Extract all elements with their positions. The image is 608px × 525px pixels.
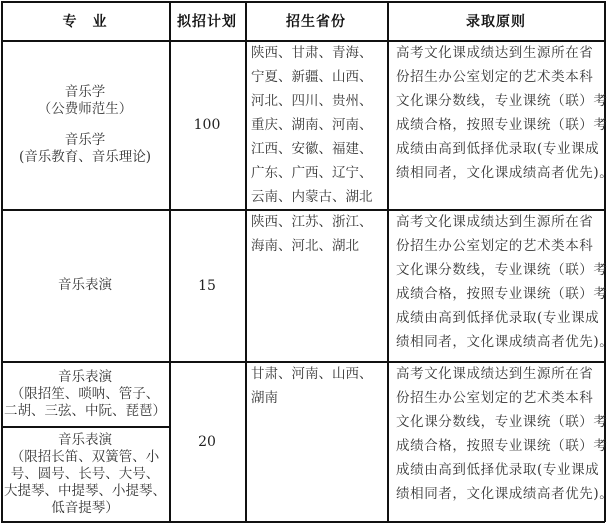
rule-line: 文化课分数线，专业课统（联）考 <box>396 258 608 282</box>
province-line: 海南、河北、湖北 <box>251 234 359 258</box>
table-row-1-major: 音乐学 （公费师范生） 音乐学 (音乐教育、音乐理论) <box>1 41 169 209</box>
major-note: (音乐教育、音乐理论) <box>19 149 151 166</box>
rule-line: 成绩合格，按照专业课统（联）考 <box>396 282 608 306</box>
major-name: 音乐学 <box>65 84 106 101</box>
rule-line: 文化课分数线，专业课统（联）考 <box>396 410 608 434</box>
major-note: 低音提琴） <box>51 500 119 517</box>
major-name: 音乐学 <box>65 132 106 149</box>
rule-line: 高考文化课成绩达到生源所在省 <box>396 210 593 234</box>
rule-line: 成绩由高到低择优录取(专业课成 <box>396 306 599 330</box>
province-line: 湖南 <box>251 386 278 410</box>
rule-line: 绩相同者，文化课成绩高者优先)。 <box>396 482 608 506</box>
rule-line: 文化课分数线，专业课统（联）考 <box>396 89 608 113</box>
province-line: 江西、安徽、福建、 <box>251 137 373 161</box>
table-row-2-provinces: 陕西、江苏、浙江、 海南、河北、湖北 <box>245 210 387 361</box>
rule-line: 绩相同者，文化课成绩高者优先)。 <box>396 330 608 354</box>
rule-line: 份招生办公室划定的艺术类本科 <box>396 65 593 89</box>
major-note: （公费师范生） <box>38 101 133 118</box>
province-line: 陕西、江苏、浙江、 <box>251 210 373 234</box>
header-major: 专 业 <box>1 1 169 41</box>
major-name: 音乐表演 <box>58 432 112 449</box>
province-line: 云南、内蒙古、湖北 <box>251 185 373 209</box>
province-line: 重庆、湖南、河南、 <box>251 113 373 137</box>
rule-line: 成绩由高到低择优录取(专业课成 <box>396 137 599 161</box>
rule-line: 成绩由高到低择优录取(专业课成 <box>396 458 599 482</box>
table-row-1-rule: 高考文化课成绩达到生源所在省 份招生办公室划定的艺术类本科 文化课分数线，专业课… <box>387 41 605 209</box>
major-name: 音乐表演 <box>58 277 112 294</box>
province-line: 陕西、甘肃、青海、 <box>251 41 373 65</box>
rule-line: 绩相同者，文化课成绩高者优先)。 <box>396 161 608 185</box>
province-line: 宁夏、新疆、山西、 <box>251 65 373 89</box>
rule-line: 高考文化课成绩达到生源所在省 <box>396 41 593 65</box>
rule-line: 成绩合格，按照专业课统（联）考 <box>396 113 608 137</box>
table-row-2-plan: 15 <box>169 210 245 361</box>
header-admission-rule: 录取原则 <box>387 1 605 41</box>
table-row-2-rule: 高考文化课成绩达到生源所在省 份招生办公室划定的艺术类本科 文化课分数线，专业课… <box>387 210 605 361</box>
table-row-1-provinces: 陕西、甘肃、青海、 宁夏、新疆、山西、 河北、四川、贵州、 重庆、湖南、河南、 … <box>245 41 387 209</box>
major-note: 号、圆号、长号、大号、 <box>11 466 160 483</box>
rule-line: 高考文化课成绩达到生源所在省 <box>396 362 593 386</box>
table-row-1-plan: 100 <box>169 41 245 209</box>
header-plan: 拟招计划 <box>169 1 245 41</box>
major-note: 二胡、三弦、中阮、琵琶） <box>4 403 166 420</box>
table-row-3-plan: 20 <box>169 362 245 521</box>
major-note: （限招笙、唢呐、管子、 <box>11 386 160 403</box>
table-row-3-rule: 高考文化课成绩达到生源所在省 份招生办公室划定的艺术类本科 文化课分数线，专业课… <box>387 362 605 521</box>
province-line: 广东、广西、辽宁、 <box>251 161 373 185</box>
table-row-2-major: 音乐表演 <box>1 210 169 361</box>
major-note: （限招长笛、双簧管、小 <box>11 449 160 466</box>
rule-line: 份招生办公室划定的艺术类本科 <box>396 234 593 258</box>
province-line: 河北、四川、贵州、 <box>251 89 373 113</box>
rule-line: 份招生办公室划定的艺术类本科 <box>396 386 593 410</box>
major-name: 音乐表演 <box>58 369 112 386</box>
major-note: 大提琴、中提琴、小提琴、 <box>4 483 166 500</box>
province-line: 甘肃、河南、山西、 <box>251 362 373 386</box>
table-border <box>1 521 605 523</box>
rule-line: 成绩合格，按照专业课统（联）考 <box>396 434 608 458</box>
admission-plan-table: 专 业 拟招计划 招生省份 录取原则 音乐学 （公费师范生） 音乐学 (音乐教育… <box>1 1 605 522</box>
header-provinces: 招生省份 <box>245 1 387 41</box>
table-row-3a-major: 音乐表演 （限招笙、唢呐、管子、 二胡、三弦、中阮、琵琶） <box>1 362 169 426</box>
table-row-3-provinces: 甘肃、河南、山西、 湖南 <box>245 362 387 521</box>
table-row-3b-major: 音乐表演 （限招长笛、双簧管、小 号、圆号、长号、大号、 大提琴、中提琴、小提琴… <box>1 427 169 521</box>
